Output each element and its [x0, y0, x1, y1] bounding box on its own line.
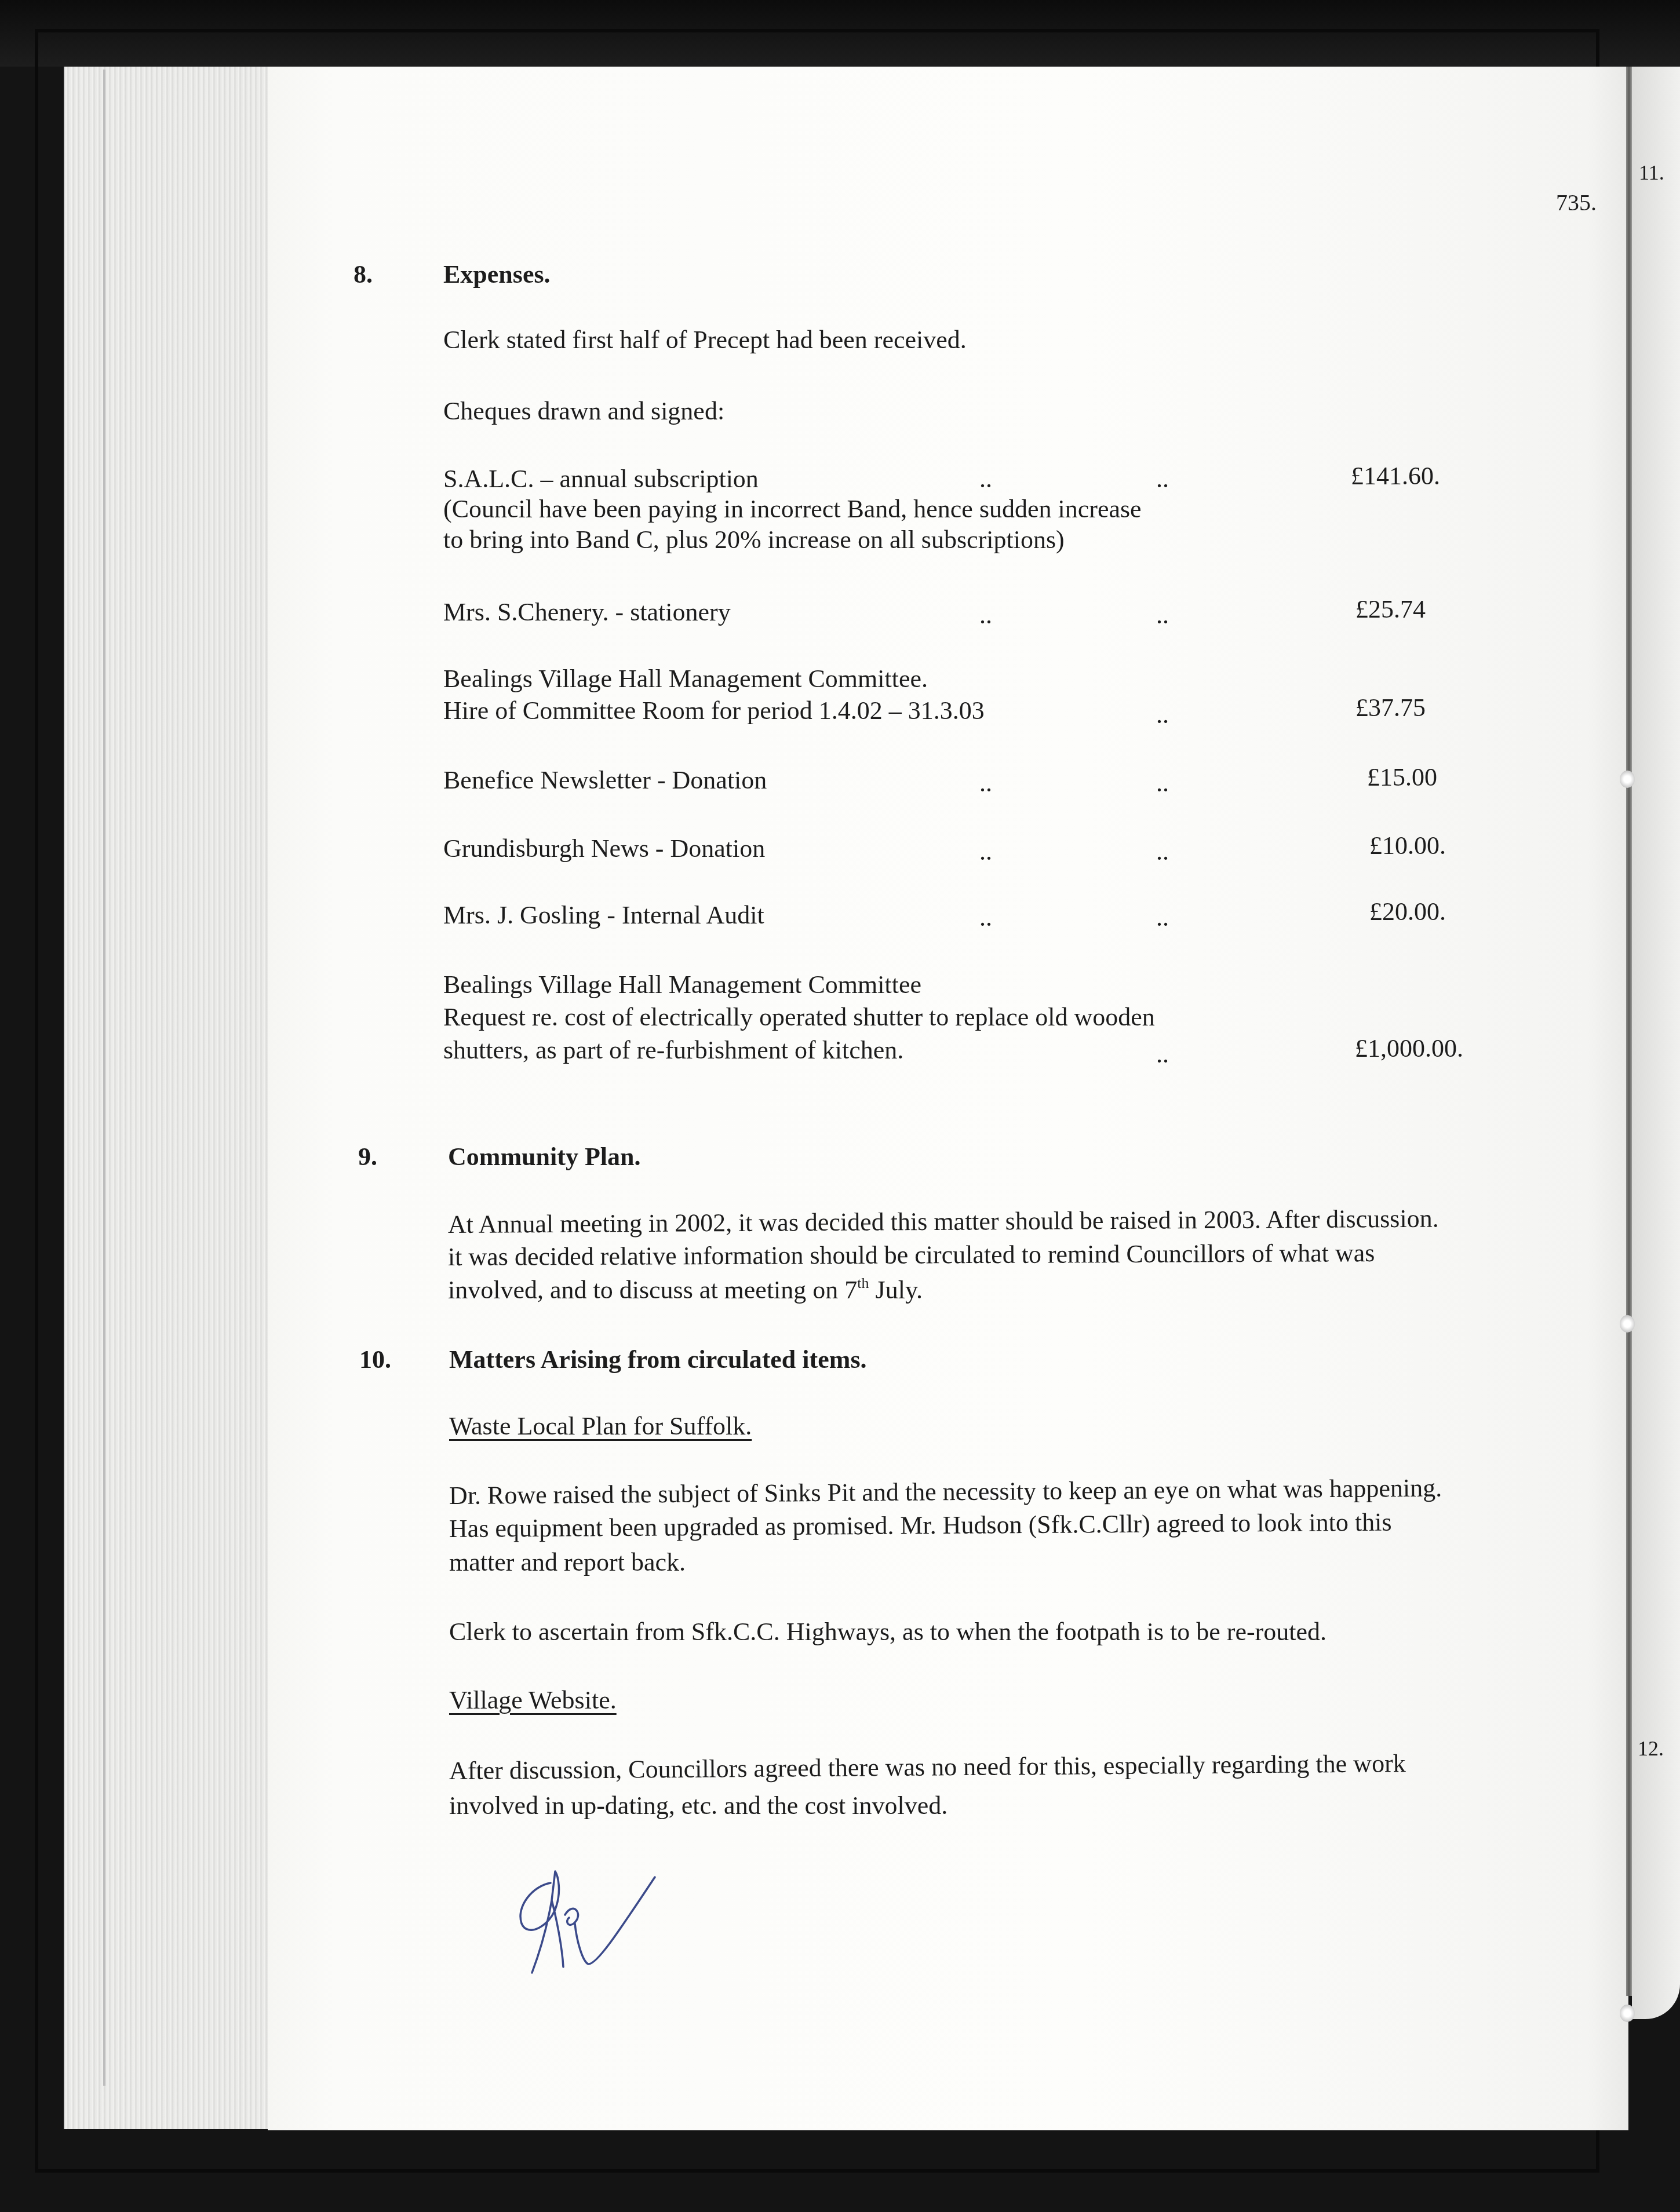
footpath-line: Clerk to ascertain from Sfk.C.C. Highway… — [449, 1619, 1326, 1645]
leader-dots: .. — [979, 839, 992, 864]
community-plan-line: it was decided relative information shou… — [448, 1240, 1375, 1270]
website-line: involved in up-dating, etc. and the cost… — [449, 1793, 947, 1819]
section-number-9: 9. — [358, 1144, 377, 1170]
page-stack-line — [103, 70, 105, 2086]
community-plan-tail: July. — [869, 1276, 923, 1304]
expense-description: shutters, as part of re-furbishment of k… — [443, 1038, 903, 1063]
leader-dots: .. — [979, 603, 992, 628]
section-number-10: 10. — [359, 1347, 391, 1373]
expense-amount: £37.75 — [1252, 695, 1426, 721]
next-page-number-12: 12. — [1638, 1738, 1664, 1759]
expense-description: Bealings Village Hall Management Committ… — [443, 972, 921, 998]
precept-received-text: Clerk stated first half of Precept had b… — [443, 327, 967, 353]
leader-dots: .. — [1156, 905, 1169, 930]
expense-description: S.A.L.C. – annual subscription — [443, 466, 759, 492]
expense-description: Bealings Village Hall Management Committ… — [443, 666, 928, 692]
next-page-number-11: 11. — [1639, 162, 1664, 183]
leader-dots: .. — [1156, 839, 1169, 864]
community-plan-line: At Annual meeting in 2002, it was decide… — [448, 1206, 1439, 1238]
binding-thread-icon — [1620, 771, 1635, 788]
expense-description: Request re. cost of electrically operate… — [443, 1005, 1155, 1030]
binding-thread-icon — [1620, 1315, 1635, 1333]
expense-description: Mrs. J. Gosling - Internal Audit — [443, 903, 764, 928]
next-page-edge — [1632, 67, 1680, 2019]
section-number-8: 8. — [354, 262, 373, 287]
subheading-village-website: Village Website. — [449, 1688, 617, 1713]
leader-dots: .. — [1156, 1042, 1169, 1067]
leader-dots: .. — [1156, 771, 1169, 796]
waste-plan-line: matter and report back. — [449, 1550, 686, 1575]
expense-description: Grundisburgh News - Donation — [443, 836, 765, 862]
section-title-matters-arising: Matters Arising from circulated items. — [449, 1347, 867, 1373]
binding-gutter — [1626, 67, 1632, 1996]
section-title-expenses: Expenses. — [443, 262, 551, 287]
community-plan-text: involved, and to discuss at meeting on 7 — [448, 1276, 857, 1304]
expense-note: (Council have been paying in incorrect B… — [443, 497, 1142, 522]
section-title-community-plan: Community Plan. — [448, 1144, 640, 1170]
leader-dots: .. — [979, 771, 992, 796]
leader-dots: .. — [979, 905, 992, 930]
community-plan-line: involved, and to discuss at meeting on 7… — [448, 1277, 923, 1303]
document-page — [268, 67, 1628, 2130]
signature-icon — [510, 1860, 661, 1976]
binding-thread-icon — [1620, 2005, 1635, 2022]
leader-dots: .. — [1156, 466, 1169, 492]
waste-plan-line: Has equipment been upgraded as promised.… — [449, 1510, 1392, 1542]
ordinal-suffix: th — [857, 1275, 869, 1291]
expense-amount: £1,000.00. — [1289, 1036, 1463, 1061]
expense-note: to bring into Band C, plus 20% increase … — [443, 527, 1065, 553]
page-number: 735. — [1556, 191, 1597, 214]
expense-amount: £25.74 — [1252, 597, 1426, 622]
leader-dots: .. — [979, 466, 992, 492]
cheques-drawn-text: Cheques drawn and signed: — [443, 399, 724, 424]
expense-amount: £141.60. — [1266, 463, 1440, 489]
expense-description: Mrs. S.Chenery. - stationery — [443, 600, 731, 625]
leader-dots: .. — [1156, 603, 1169, 628]
page-stack-edge — [64, 67, 271, 2129]
expense-description: Benefice Newsletter - Donation — [443, 768, 767, 793]
leader-dots: .. — [1156, 702, 1169, 728]
expense-amount: £15.00 — [1263, 765, 1437, 790]
expense-amount: £10.00. — [1272, 833, 1446, 859]
expense-amount: £20.00. — [1272, 899, 1446, 925]
expense-description: Hire of Committee Room for period 1.4.02… — [443, 698, 985, 724]
subheading-waste-local-plan: Waste Local Plan for Suffolk. — [449, 1414, 752, 1439]
